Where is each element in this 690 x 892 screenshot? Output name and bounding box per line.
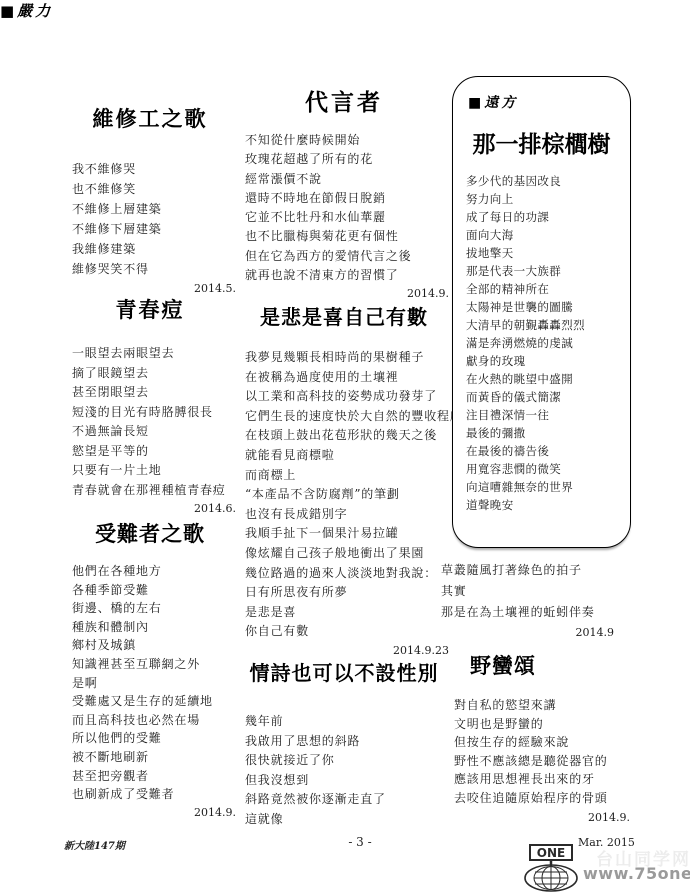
- poem-line: 我啟用了思想的斜路: [245, 732, 451, 752]
- poem-line: 但我沒想到: [245, 771, 451, 791]
- journal-issue-label: 新大陸147期: [64, 837, 125, 852]
- poem-line: 注目禮深情一往: [466, 406, 630, 424]
- poem-date: 2014.9: [441, 626, 628, 639]
- poem-body: 一眼望去兩眼望去摘了眼鏡望去甚至閉眼望去短淺的目光有時胳膊很長不過無論長短慾望是…: [62, 344, 238, 500]
- poem-title: 野蠻頌: [452, 650, 632, 680]
- poem-line: 很快就接近了你: [245, 751, 451, 771]
- poem-line: 各種季節受難: [72, 581, 238, 600]
- poem-line: 幾位路過的過來人淡淡地對我說：: [245, 564, 451, 584]
- poem-coda: 草叢隨風打著綠色的拍子其實那是在為土壤裡的蚯蚓伴奏 2014.9: [441, 560, 628, 639]
- poem-body: 我夢見幾顆長相時尚的果樹種子在被稱為過度使用的土壤裡以工業和高科技的姿勢成功發芽…: [237, 348, 451, 642]
- poem-line: 斜路竟然被你逐漸走直了: [245, 790, 451, 810]
- poem-line: 也沒有長成錯別字: [245, 505, 451, 525]
- poem-line: 幾年前: [245, 712, 451, 732]
- poem-line: 那是代表一大族群: [466, 262, 630, 280]
- poem-line: 還時不時地在節假日脫銷: [245, 189, 451, 208]
- poem-line: 成了每日的功課: [466, 208, 630, 226]
- poem-line: 文明也是野蠻的: [454, 715, 632, 734]
- poem-body: 我不維修哭也不維修笑不維修上層建築不維修下層建築我維修建築維修哭笑不得: [62, 159, 238, 279]
- poem-line: 在最後的禱告後: [466, 442, 630, 460]
- poem-body: 對自私的慾望來講文明也是野蠻的但按生存的經驗來說野性不應該總是聽從器官的應該用思…: [452, 696, 632, 808]
- poem-date: 2014.9.: [452, 811, 632, 824]
- page-number: - 3 -: [300, 835, 420, 849]
- poem-line: 街邊、橋的左右: [72, 599, 238, 618]
- poem-body: 草叢隨風打著綠色的拍子其實那是在為土壤裡的蚯蚓伴奏: [441, 560, 628, 623]
- poem-line: 也不維修笑: [72, 179, 238, 199]
- poem-line: 青春就會在那裡種植青春痘: [72, 481, 238, 501]
- poem-line: 不維修下層建築: [72, 219, 238, 239]
- poem-title: 是悲是喜自己有數: [237, 301, 451, 330]
- poem-body: 多少代的基因改良努力向上成了每日的功課面向大海拔地擎天那是代表一大族群全部的精神…: [466, 172, 630, 514]
- poem-body: 不知從什麼時候開始玫瑰花超越了所有的花經常漲價不說還時不時地在節假日脫銷它並不比…: [237, 131, 451, 285]
- poem-line: 他們在各種地方: [72, 562, 238, 581]
- poem-line: 鄉村及城鎮: [72, 636, 238, 655]
- poem-line: 我夢見幾顆長相時尚的果樹種子: [245, 348, 451, 368]
- poem-line: 它並不比牡丹和水仙華麗: [245, 208, 451, 227]
- author-tag-yuanfang: ■遠方: [468, 92, 630, 112]
- poem-line: 知識裡甚至互聯網之外: [72, 655, 238, 674]
- poem-line: 獻身的玫瑰: [466, 352, 630, 370]
- poem-line: 大清早的朝覲轟轟烈烈: [466, 316, 630, 334]
- poem-line: 而商標上: [245, 466, 451, 486]
- poem-line: 慾望是平等的: [72, 442, 238, 462]
- poem-line: 是啊: [72, 674, 238, 693]
- poem-yemansong: 野蠻頌 對自私的慾望來講文明也是野蠻的但按生存的經驗來說野性不應該總是聽從器官的…: [452, 650, 632, 824]
- poem-line: 就能看見商標啦: [245, 446, 451, 466]
- poem-line: 你自己有數: [245, 622, 451, 642]
- poem-line: 日有所思夜有所夢: [245, 583, 451, 603]
- poem-line: 甚至把旁觀者: [72, 767, 238, 786]
- poem-line: 全部的精神所在: [466, 280, 630, 298]
- poem-line: 也刷新成了受難者: [72, 785, 238, 804]
- poem-line: 種族和體制內: [72, 618, 238, 637]
- poem-line: 滿是奔湧燃燒的虔誠: [466, 334, 630, 352]
- poem-shibei-shixi: 是悲是喜自己有數 我夢見幾顆長相時尚的果樹種子在被稱為過度使用的土壤裡以工業和高…: [237, 301, 451, 657]
- watermark-url: www.75one.cn: [583, 864, 690, 883]
- poem-line: 而且高科技也必然在場: [72, 711, 238, 730]
- poem-body: 他們在各種地方各種季節受難街邊、橋的左右種族和體制內鄉村及城鎮知識裡甚至互聯網之…: [62, 562, 238, 804]
- poem-qingshi-wuxingbie: 情詩也可以不設性別 幾年前我啟用了思想的斜路很快就接近了你但我沒想到斜路竟然被你…: [237, 657, 451, 829]
- poem-date: 2014.6.: [62, 502, 238, 515]
- poem-line: 摘了眼鏡望去: [72, 364, 238, 384]
- poem-line: 就再也說不清東方的習慣了: [245, 266, 451, 285]
- poem-line: 向這嘈雜無奈的世界: [466, 478, 630, 496]
- poem-line: 面向大海: [466, 226, 630, 244]
- poem-line: 甚至閉眼望去: [72, 383, 238, 403]
- poem-date: 2014.9.23: [237, 644, 451, 657]
- poem-line: 也不比臘梅與菊花更有個性: [245, 227, 451, 246]
- poem-qingchundou: 青春痘 一眼望去兩眼望去摘了眼鏡望去甚至閉眼望去短淺的目光有時胳膊很長不過無論長…: [62, 294, 238, 515]
- poem-line: 不過無論長短: [72, 422, 238, 442]
- poem-line: 但按生存的經驗來說: [454, 733, 632, 752]
- poem-line: 它們生長的速度快於大自然的豐收程序: [245, 407, 451, 427]
- poem-line: 在被稱為過度使用的土壤裡: [245, 368, 451, 388]
- poem-line: 多少代的基因改良: [466, 172, 630, 190]
- poem-line: 我順手扯下一個果汁易拉罐: [245, 524, 451, 544]
- poem-line: 那是在為土壤裡的蚯蚓伴奏: [441, 602, 628, 623]
- poem-line: 這就像: [245, 810, 451, 830]
- poem-body: 幾年前我啟用了思想的斜路很快就接近了你但我沒想到斜路竟然被你逐漸走直了這就像: [237, 712, 451, 829]
- poem-line: 但在它為西方的愛情代言之後: [245, 247, 451, 266]
- poem-line: 我維修建築: [72, 239, 238, 259]
- poem-line: 短淺的目光有時胳膊很長: [72, 403, 238, 423]
- poem-line: 玫瑰花超越了所有的花: [245, 150, 451, 169]
- poem-line: 在枝頭上鼓出花苞形狀的幾天之後: [245, 426, 451, 446]
- poem-line: “本產品不含防腐劑”的筆劃: [245, 485, 451, 505]
- poem-title: 情詩也可以不設性別: [237, 657, 451, 686]
- logo-text: ONE: [537, 846, 565, 860]
- poem-line: 最後的彌撒: [466, 424, 630, 442]
- poem-line: 對自私的慾望來講: [454, 696, 632, 715]
- poem-line: 我不維修哭: [72, 159, 238, 179]
- poem-line: 其實: [441, 581, 628, 602]
- poem-line: 只要有一片土地: [72, 461, 238, 481]
- poem-line: 經常漲價不說: [245, 170, 451, 189]
- poem-daiyanzhe: 代言者 不知從什麼時候開始玫瑰花超越了所有的花經常漲價不說還時不時地在節假日脫銷…: [237, 84, 451, 300]
- author-tag: ■嚴力: [0, 0, 53, 21]
- poem-line: 而黃昏的儀式簡潔: [466, 388, 630, 406]
- poem-weixiugong-zhige: 維修工之歌 我不維修哭也不維修笑不維修上層建築不維修下層建築我維修建築維修哭笑不…: [62, 103, 238, 295]
- poem-title: 維修工之歌: [62, 103, 238, 133]
- poem-date: 2014.9.: [62, 806, 238, 819]
- boxed-poem-frame: ■遠方 那一排棕櫚樹 多少代的基因改良努力向上成了每日的功課面向大海拔地擎天那是…: [452, 76, 631, 548]
- poem-line: 以工業和高科技的姿勢成功發芽了: [245, 387, 451, 407]
- poem-line: 像炫耀自己孩子般地衝出了果園: [245, 544, 451, 564]
- poem-line: 被不斷地刷新: [72, 748, 238, 767]
- poem-line: 太陽神是世襲的圖騰: [466, 298, 630, 316]
- poem-title: 青春痘: [62, 294, 238, 324]
- poem-line: 一眼望去兩眼望去: [72, 344, 238, 364]
- poem-title: 代言者: [237, 84, 451, 117]
- poem-line: 草叢隨風打著綠色的拍子: [441, 560, 628, 581]
- poem-line: 應該用思想裡長出來的牙: [454, 770, 632, 789]
- poem-line: 受難處又是生存的延續地: [72, 692, 238, 711]
- magazine-page: ■嚴力 維修工之歌 我不維修哭也不維修笑不維修上層建築不維修下層建築我維修建築維…: [0, 0, 690, 892]
- poem-line: 拔地擎天: [466, 244, 630, 262]
- poem-line: 不知從什麼時候開始: [245, 131, 451, 150]
- poem-line: 所以他們的受難: [72, 729, 238, 748]
- poem-line: 用寬容悲憫的微笑: [466, 460, 630, 478]
- poem-date: 2014.9.: [237, 287, 451, 300]
- poem-shounanzhe-zhige: 受難者之歌 他們在各種地方各種季節受難街邊、橋的左右種族和體制內鄉村及城鎮知識裡…: [62, 518, 238, 819]
- poem-line: 去咬住追隨原始程序的骨頭: [454, 789, 632, 808]
- poem-line: 維修哭笑不得: [72, 259, 238, 279]
- poem-line: 是悲是喜: [245, 603, 451, 623]
- poem-line: 道聲晚安: [466, 496, 630, 514]
- poem-line: 野性不應該總是聽從器官的: [454, 752, 632, 771]
- poem-line: 努力向上: [466, 190, 630, 208]
- poem-line: 在火熱的眺望中盛開: [466, 370, 630, 388]
- poem-title: 那一排棕櫚樹: [453, 126, 630, 159]
- poem-line: 不維修上層建築: [72, 199, 238, 219]
- globe-logo-icon: ONE: [523, 844, 581, 892]
- poem-title: 受難者之歌: [62, 518, 238, 548]
